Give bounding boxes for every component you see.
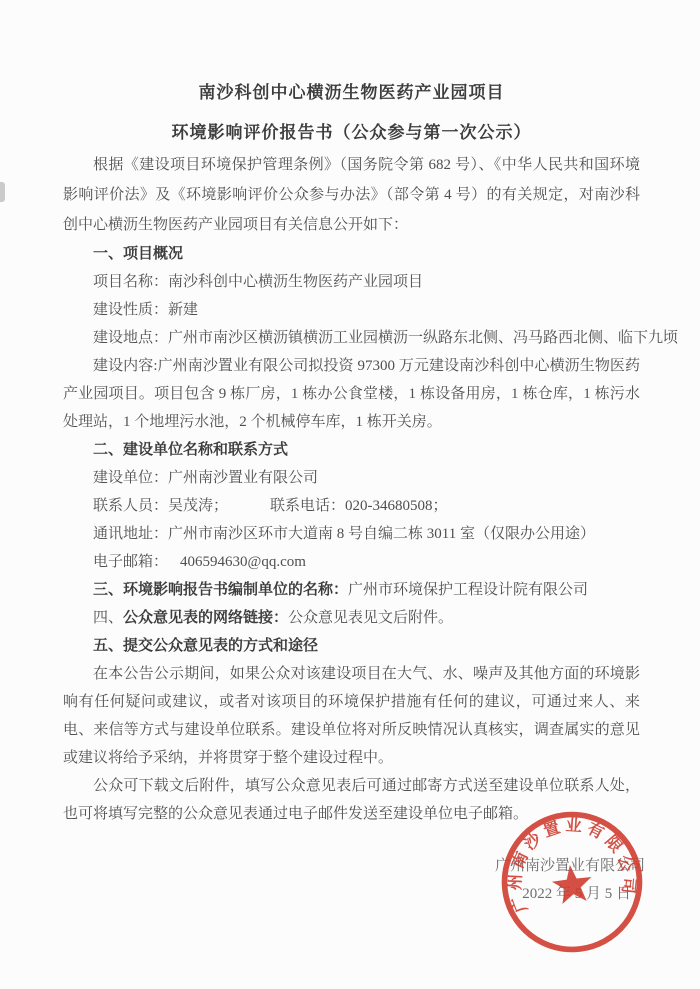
mailing-address-label: 通讯地址：: [93, 526, 168, 542]
company-seal: 广州南沙置业有限公司: [487, 797, 656, 966]
construction-location-line: 建设地点：广州市南沙区横沥镇横沥工业园横沥一纵路东北侧、冯马路西北侧、临下九顷: [63, 324, 640, 352]
contact-line: 联系人员：吴茂涛；联系电话：020-34680508；: [63, 492, 640, 520]
project-name-line: 项目名称：南沙科创中心横沥生物医药产业园项目: [63, 268, 640, 296]
section5-heading: 五、提交公众意见表的方式和途径: [63, 632, 640, 660]
section3-value: 广州市环境保护工程设计院有限公司: [348, 582, 588, 598]
construction-content-label: 建设内容:: [93, 358, 158, 374]
construction-unit-line: 建设单位：广州南沙置业有限公司: [63, 464, 640, 492]
svg-text:广州南沙置业有限公司: 广州南沙置业有限公司: [498, 808, 642, 916]
seal-company-arc-text: 广州南沙置业有限公司: [498, 808, 642, 916]
contact-person-value: 吴茂涛；: [168, 498, 228, 514]
construction-location-value: 广州市南沙区横沥镇横沥工业园横沥一纵路东北侧、冯马路西北侧、临下九顷: [168, 330, 678, 346]
email-label: 电子邮箱：: [93, 554, 168, 570]
construction-nature-label: 建设性质：: [93, 302, 168, 318]
contact-phone-value: 020-34680508；: [345, 498, 448, 514]
scan-artifact: [0, 182, 5, 202]
section3-heading: 环境影响报告书编制单位的名称：: [123, 582, 348, 598]
document-page: 南沙科创中心横沥生物医药产业园项目 环境影响评价报告书（公众参与第一次公示） 根…: [0, 0, 700, 989]
seal-star-icon: [550, 863, 594, 905]
contact-person-label: 联系人员：: [93, 498, 168, 514]
section1-heading: 一、项目概况: [63, 240, 640, 268]
construction-nature-line: 建设性质：新建: [63, 296, 640, 324]
construction-unit-label: 建设单位：: [93, 470, 168, 486]
email-value: 406594630@qq.com: [180, 554, 306, 570]
construction-location-label: 建设地点：: [93, 330, 168, 346]
section4-value: 公众意见表见文后附件。: [288, 610, 453, 626]
construction-content-paragraph: 建设内容:广州南沙置业有限公司拟投资 97300 万元建设南沙科创中心横沥生物医…: [63, 352, 640, 436]
email-line: 电子邮箱：406594630@qq.com: [63, 548, 640, 576]
construction-unit-value: 广州南沙置业有限公司: [168, 470, 318, 486]
section4-heading: 公众意见表的网络链接：: [123, 610, 288, 626]
section4-line: 四、公众意见表的网络链接：公众意见表见文后附件。: [63, 604, 640, 632]
section5-paragraph1: 在本公告公示期间，如果公众对该建设项目在大气、水、噪声及其他方面的环境影响有任何…: [63, 660, 640, 772]
doc-title-line1: 南沙科创中心横沥生物医药产业园项目: [63, 80, 640, 106]
section2-heading: 二、建设单位名称和联系方式: [63, 436, 640, 464]
contact-phone-label: 联系电话：: [270, 498, 345, 514]
project-name-value: 南沙科创中心横沥生物医药产业园项目: [168, 274, 423, 290]
intro-paragraph: 根据《建设项目环境保护管理条例》（国务院令第 682 号）、《中华人民共和国环境…: [63, 150, 640, 240]
section4-number: 四、: [93, 610, 123, 626]
construction-nature-value: 新建: [168, 302, 198, 318]
project-name-label: 项目名称：: [93, 274, 168, 290]
doc-title-line2: 环境影响评价报告书（公众参与第一次公示）: [63, 120, 640, 146]
mailing-address-value: 广州市南沙区环市大道南 8 号自编二栋 3011 室（仅限办公用途）: [168, 526, 595, 542]
mailing-address-line: 通讯地址：广州市南沙区环市大道南 8 号自编二栋 3011 室（仅限办公用途）: [63, 520, 640, 548]
section3-number: 三、: [93, 582, 123, 598]
section3-line: 三、环境影响报告书编制单位的名称：广州市环境保护工程设计院有限公司: [63, 576, 640, 604]
